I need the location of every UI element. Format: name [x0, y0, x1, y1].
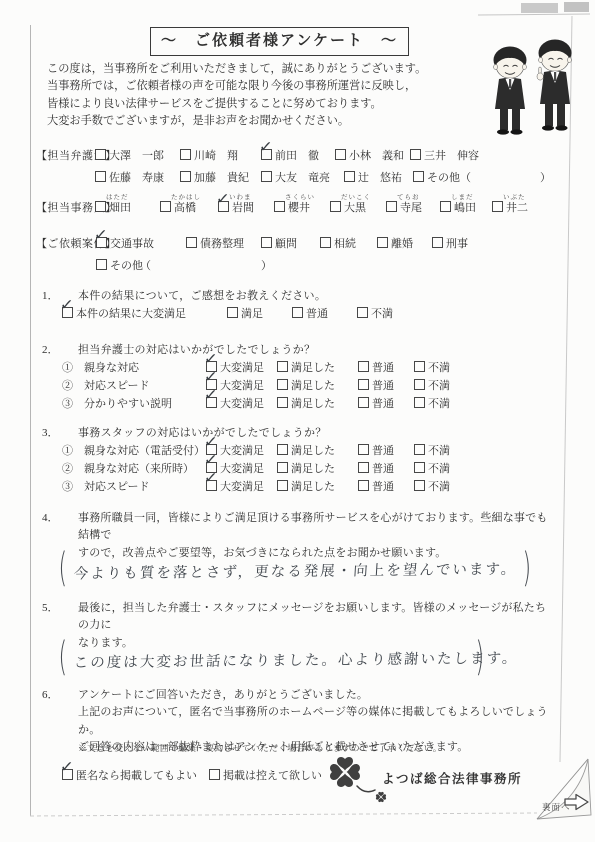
staff-name: 嶋田: [454, 202, 476, 214]
furigana: たかはし: [171, 194, 201, 201]
checkbox-icon: [414, 480, 425, 491]
attorney-name: 川崎 翔: [194, 150, 238, 162]
rating-row-label: ③ 分かりやすい説明: [62, 397, 172, 411]
attorney-name: 辻 悠祐: [358, 172, 402, 184]
rating-option[interactable]: ✓満足した: [277, 379, 335, 393]
staff-name: 岩間: [232, 202, 254, 214]
furigana: さくらい: [285, 194, 315, 201]
staff-option[interactable]: てらお✓寺尾: [386, 201, 422, 215]
checkbox-icon: [277, 379, 288, 390]
option-label: 満足: [241, 308, 263, 320]
consent-option[interactable]: ✓掲載は控えて欲しい: [209, 769, 322, 783]
checkbox-icon: [414, 361, 425, 372]
staff-name: 大黒: [344, 202, 366, 214]
checkbox-icon: [227, 307, 238, 318]
redacted-box: [521, 3, 558, 13]
checkbox-icon: [320, 237, 331, 248]
staff-option[interactable]: しまだ✓嶋田: [440, 201, 476, 215]
furigana: いわま: [229, 194, 252, 201]
rating-option[interactable]: ✓大変満足: [206, 379, 264, 393]
checkbox-icon: [95, 201, 106, 212]
attorney-name: 三井 伸容: [424, 150, 479, 162]
option-label: 大変満足: [220, 481, 264, 493]
staff-option[interactable]: たかはし✓高橋: [160, 201, 196, 215]
checkbox-icon: [160, 201, 171, 212]
staff-option[interactable]: いぶた✓井二: [492, 201, 528, 215]
case-option[interactable]: ✓刑事: [432, 237, 468, 251]
checkbox-icon: [206, 462, 217, 473]
attorney-name: 大友 竜亮: [275, 172, 330, 184]
case-name: 刑事: [446, 238, 468, 250]
rating-row-label: ③ 対応スピード: [62, 480, 150, 494]
rating-option[interactable]: ✓普通: [358, 397, 394, 411]
staff-name: 寺尾: [400, 202, 422, 214]
rating-option[interactable]: ✓大変満足: [206, 444, 264, 458]
case-name: 離婚: [391, 238, 413, 250]
checkbox-icon: [413, 171, 424, 182]
option-label: 満足した: [291, 398, 335, 410]
checkbox-icon: [206, 379, 217, 390]
handwritten-bracket-close: ): [476, 637, 485, 677]
case-option[interactable]: ✓債務整理: [186, 237, 244, 251]
rating-option[interactable]: ✓普通: [358, 462, 394, 476]
attorney-option[interactable]: ✓加藤 貴紀: [180, 171, 249, 185]
option-label: 大変満足: [220, 445, 264, 457]
attorneys-cartoon-illustration: [486, 37, 581, 150]
checkbox-icon: [206, 397, 217, 408]
staff-option[interactable]: はただ✓畑田: [95, 201, 131, 215]
option-label: 普通: [372, 362, 394, 374]
checkbox-icon: [358, 480, 369, 491]
furigana: はただ: [106, 194, 129, 201]
rating-option[interactable]: ✓大変満足: [206, 397, 264, 411]
case-name: 交通事故: [110, 238, 154, 250]
case-option[interactable]: ✓相続: [320, 237, 356, 251]
attorney-other-close-paren: ）: [540, 171, 551, 185]
attorney-option[interactable]: ✓大澤 一郎: [95, 149, 164, 163]
question-text: 最後に，担当した弁護士・スタッフにメッセージをお願いします。皆様のメッセージが私…: [78, 600, 552, 635]
furigana: いぶた: [503, 194, 526, 201]
case-name: 相続: [334, 238, 356, 250]
option-label: 本件の結果に大変満足: [76, 308, 186, 320]
checkbox-icon: [180, 149, 191, 160]
checkbox-icon: [292, 307, 303, 318]
attorney-name: 小林 義和: [349, 150, 404, 162]
intro-line: 大変お手数でございますが，是非お声をお聞かせください。: [47, 113, 492, 130]
rating-row-label: ① 親身な対応: [62, 361, 139, 375]
survey-page: 〜 ご依頼者様アンケート 〜 この度は，当事務所をご利用いただきまして，誠にあり…: [0, 0, 595, 842]
furigana: しまだ: [451, 194, 474, 201]
question-footnote: ※文意を変えない範囲で編集・要約させていただく場合がありますのでご了承ください。: [78, 741, 442, 754]
furigana: てらお: [397, 194, 420, 201]
redacted-box: [564, 2, 589, 12]
q1-option[interactable]: ✓不満: [357, 307, 393, 321]
checkbox-icon: [358, 379, 369, 390]
option-label: 満足した: [291, 362, 335, 374]
staff-name: 畑田: [109, 202, 131, 214]
option-label: 満足した: [291, 445, 335, 457]
back-arrow-icon[interactable]: [563, 792, 591, 812]
checkbox-icon: [386, 201, 397, 212]
rating-option[interactable]: ✓普通: [358, 361, 394, 375]
checkbox-icon: [358, 444, 369, 455]
option-label: 普通: [372, 445, 394, 457]
checkbox-icon: [277, 397, 288, 408]
checkbox-icon: [95, 149, 106, 160]
rating-option[interactable]: ✓不満: [414, 480, 450, 494]
attorney-name: 前田 徹: [275, 150, 319, 162]
attorney-option[interactable]: ✓前田 徹: [261, 149, 319, 163]
checkbox-icon: [277, 462, 288, 473]
rating-option[interactable]: ✓大変満足: [206, 480, 264, 494]
option-label: 不満: [428, 362, 450, 374]
checkbox-icon: [261, 171, 272, 182]
checkbox-icon: [358, 462, 369, 473]
attorney-option[interactable]: ✓辻 悠祐: [344, 171, 402, 185]
rating-option[interactable]: ✓大変満足: [206, 361, 264, 375]
checkbox-icon: [186, 237, 197, 248]
rating-option[interactable]: ✓満足した: [277, 397, 335, 411]
question-number: 3．: [42, 426, 59, 440]
attorney-name: 佐藤 寿康: [109, 172, 164, 184]
option-label: 普通: [372, 380, 394, 392]
furigana: だいこく: [341, 194, 371, 201]
attorney-option[interactable]: ✓川崎 翔: [180, 149, 238, 163]
question-text: アンケートにご回答いただき，ありがとうございました。: [78, 687, 552, 704]
checkbox-icon: [218, 201, 229, 212]
question-number: 4．: [42, 510, 59, 527]
rating-option[interactable]: ✓普通: [358, 480, 394, 494]
staff-option[interactable]: さくらい✓櫻井: [274, 201, 310, 215]
checkbox-icon: [96, 259, 107, 270]
staff-name: 高橋: [174, 202, 196, 214]
option-label: 大変満足: [220, 398, 264, 410]
checkbox-icon: [410, 149, 421, 160]
rating-option[interactable]: ✓不満: [414, 462, 450, 476]
case-other-open-paren: （: [140, 259, 151, 273]
intro-line: 皆様により良い法律サービスをご提供することに努めております。: [47, 96, 492, 113]
option-label: 普通: [306, 308, 328, 320]
checkbox-icon: [414, 462, 425, 473]
page-curl: [500, 745, 595, 830]
rating-row-label: ① 親身な対応（電話受付）: [62, 444, 205, 458]
rating-option[interactable]: ✓普通: [358, 444, 394, 458]
attorney-option[interactable]: ✓大友 竜亮: [261, 171, 330, 185]
question-text: 本件の結果について，ご感想をお教えください。: [78, 289, 326, 303]
checkbox-icon: [62, 769, 73, 780]
option-label: 不満: [428, 481, 450, 493]
checkbox-icon: [357, 307, 368, 318]
rating-option[interactable]: ✓不満: [414, 444, 450, 458]
question-number: 2．: [42, 343, 59, 357]
checkbox-icon: [358, 397, 369, 408]
attorney-name: 加藤 貴紀: [194, 172, 249, 184]
question-text: 事務スタッフの対応はいかがでしたでしょうか？: [78, 426, 327, 440]
intro-line: 当事務所では，ご依頼者様の声を可能な限り今後の事務所運営に反映し，: [47, 78, 492, 95]
option-label: 普通: [372, 481, 394, 493]
rating-option[interactable]: ✓満足した: [277, 480, 335, 494]
rating-row-label: ② 親身な対応（来所時）: [62, 462, 194, 476]
checkbox-icon: [492, 201, 503, 212]
checkbox-icon: [377, 237, 388, 248]
option-label: 満足した: [291, 463, 335, 475]
option-label: 普通: [372, 463, 394, 475]
rating-option[interactable]: ✓不満: [414, 397, 450, 411]
rating-option[interactable]: ✓満足した: [277, 361, 335, 375]
checkbox-icon: [261, 149, 272, 160]
option-label: 匿名なら掲載してもよい: [76, 770, 197, 782]
case-option-other[interactable]: ✓その他: [96, 259, 143, 273]
rating-option[interactable]: ✓大変満足: [206, 462, 264, 476]
attorney-option[interactable]: ✓三井 伸容: [410, 149, 479, 163]
checkbox-icon: [62, 307, 73, 318]
option-label: 不満: [371, 308, 393, 320]
option-label: 不満: [428, 398, 450, 410]
option-label: 掲載は控えて欲しい: [223, 770, 322, 782]
case-name: 債務整理: [200, 238, 244, 250]
attorney-option[interactable]: ✓佐藤 寿康: [95, 171, 164, 185]
option-label: 不満: [428, 463, 450, 475]
checkbox-icon: [95, 171, 106, 182]
option-label: 大変満足: [220, 362, 264, 374]
attorney-option-other[interactable]: ✓その他（: [413, 171, 471, 185]
option-label: 不満: [428, 445, 450, 457]
checkbox-icon: [274, 201, 285, 212]
intro-paragraph: この度は，当事務所をご利用いただきまして，誠にありがとうございます。 当事務所で…: [47, 61, 492, 131]
checkbox-icon: [335, 149, 346, 160]
attorney-option[interactable]: ✓小林 義和: [335, 149, 404, 163]
case-name: 顧問: [275, 238, 297, 250]
question-text: 担当弁護士の対応はいかがでしたでしょうか？: [78, 343, 315, 357]
attorney-other-label: その他（: [427, 172, 471, 184]
case-option[interactable]: ✓顧問: [261, 237, 297, 251]
option-label: 満足した: [291, 481, 335, 493]
checkbox-icon: [206, 444, 217, 455]
question-number: 1．: [42, 289, 59, 303]
staff-name: 井二: [506, 202, 528, 214]
question-number: 5．: [42, 600, 59, 617]
checkbox-icon: [277, 444, 288, 455]
checkbox-icon: [209, 769, 220, 780]
question-number: 6．: [42, 687, 59, 704]
rating-option[interactable]: ✓不満: [414, 379, 450, 393]
checkbox-icon: [96, 237, 107, 248]
attorney-name: 大澤 一郎: [109, 150, 164, 162]
checkbox-icon: [414, 444, 425, 455]
q1-option[interactable]: ✓本件の結果に大変満足: [62, 307, 186, 321]
checkbox-icon: [206, 361, 217, 372]
q1-option[interactable]: ✓普通: [292, 307, 328, 321]
question-text: 事務所職員一同，皆様によりご満足頂ける事務所サービスを心がけております。些細な事…: [78, 510, 552, 545]
checkbox-icon: [261, 237, 272, 248]
rating-row-label: ② 対応スピード: [62, 379, 150, 393]
checkbox-icon: [277, 361, 288, 372]
checkbox-icon: [440, 201, 451, 212]
option-label: 大変満足: [220, 380, 264, 392]
rating-option[interactable]: ✓満足した: [277, 462, 335, 476]
handwritten-bracket-close: ): [523, 548, 532, 588]
case-other-close-paren: ）: [261, 259, 272, 273]
case-other-label: その他: [110, 260, 143, 272]
staff-name: 櫻井: [288, 202, 310, 214]
q1-option[interactable]: ✓満足: [227, 307, 263, 321]
rating-option[interactable]: ✓不満: [414, 361, 450, 375]
handwritten-bracket-open: (: [59, 637, 68, 677]
checkbox-icon: [180, 171, 191, 182]
case-option[interactable]: ✓離婚: [377, 237, 413, 251]
option-label: 大変満足: [220, 463, 264, 475]
rating-option[interactable]: ✓満足した: [277, 444, 335, 458]
checkbox-icon: [358, 361, 369, 372]
checkbox-icon: [206, 480, 217, 491]
question-text: 上記のお声について，匿名で当事務所のホームページ等の媒体に掲載してもよろしいでし…: [78, 704, 552, 739]
checkbox-icon: [330, 201, 341, 212]
handwritten-bracket-open: (: [59, 548, 68, 588]
checkbox-icon: [414, 379, 425, 390]
checkbox-icon: [277, 480, 288, 491]
staff-option[interactable]: いわま✓岩間: [218, 201, 254, 215]
option-label: 普通: [372, 398, 394, 410]
option-label: 不満: [428, 380, 450, 392]
rating-option[interactable]: ✓普通: [358, 379, 394, 393]
page-title: 〜 ご依頼者様アンケート 〜: [150, 27, 409, 56]
consent-option[interactable]: ✓匿名なら掲載してもよい: [62, 769, 197, 783]
case-option[interactable]: ✓交通事故: [96, 237, 154, 251]
checkbox-icon: [344, 171, 355, 182]
intro-line: この度は，当事務所をご利用いただきまして，誠にありがとうございます。: [47, 61, 492, 78]
staff-option[interactable]: だいこく✓大黒: [330, 201, 366, 215]
checkbox-icon: [414, 397, 425, 408]
option-label: 満足した: [291, 380, 335, 392]
checkbox-icon: [432, 237, 443, 248]
